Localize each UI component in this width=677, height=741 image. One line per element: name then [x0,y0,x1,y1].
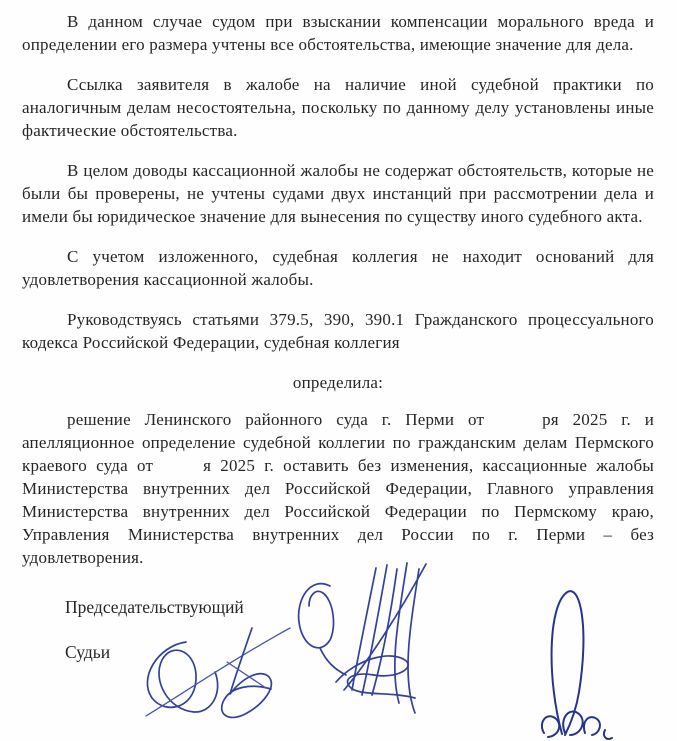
resolution-word: определила: [22,371,654,394]
paragraph-guided-by: Руководствуясь статьями 379.5, 390, 390.… [22,308,654,354]
decision-text: В данном случае судом при взыскании комп… [0,0,677,569]
paragraph-moral-damages: В данном случае судом при взыскании комп… [22,10,654,56]
operative-text-1: решение Ленинского районного суда г. Пер… [67,410,484,429]
paragraph-no-grounds: С учетом изложенного, судебная коллегия … [22,245,654,291]
presiding-judge-label: Председательствующий [65,597,244,618]
judge-signature-right [534,582,636,741]
court-decision-page: В данном случае судом при взыскании комп… [0,0,677,741]
paragraph-other-practice: Ссылка заявителя в жалобе на наличие ино… [22,73,654,142]
judge-signature-middle [288,560,438,726]
redacted-date-gap-2 [153,470,203,471]
judge-signature-left [130,616,302,726]
paragraph-cassation-arguments: В целом доводы кассационной жалобы не со… [22,159,654,228]
redacted-date-gap-1 [484,424,542,425]
operative-paragraph: решение Ленинского районного суда г. Пер… [22,408,654,569]
judges-label: Судьи [65,642,110,663]
